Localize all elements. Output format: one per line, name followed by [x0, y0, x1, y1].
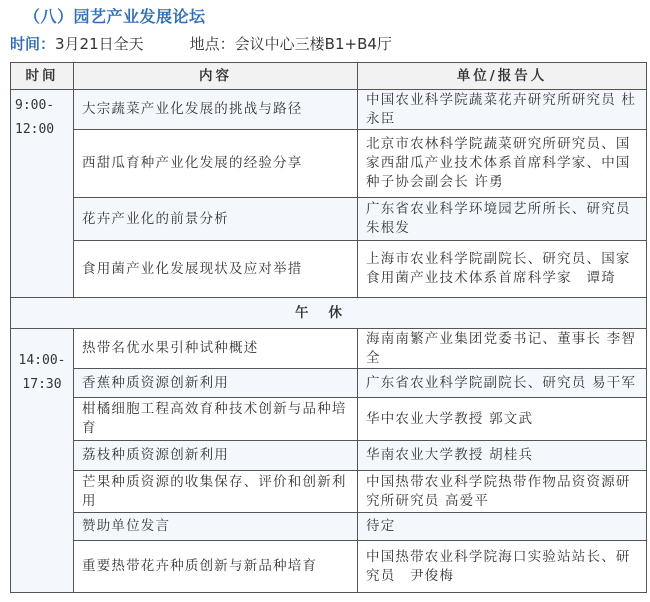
time-label: 时间： [10, 35, 55, 53]
table-row: 芒果种质资源的收集保存、评价和创新利用 中国热带农业科学院热带作物品资资源研究所… [11, 471, 647, 513]
topic-cell: 食用菌产业化发展现状及应对举措 [74, 241, 358, 298]
topic-cell: 荔枝种质资源创新利用 [74, 441, 358, 471]
table-row: 荔枝种质资源创新利用 华南农业大学教授 胡桂兵 [11, 441, 647, 471]
topic-cell: 热带名优水果引种试种概述 [74, 329, 358, 369]
header-time: 时间 [11, 63, 74, 90]
afternoon-time-end: 17:30 [15, 373, 69, 397]
table-row: 食用菌产业化发展现状及应对举措 上海市农业科学院副院长、研究员、国家食用菌产业技… [11, 241, 647, 298]
morning-time-cell: 9:00- 12:00 [11, 90, 74, 298]
table-row: 9:00- 12:00 大宗蔬菜产业化发展的挑战与路径 中国农业科学院蔬菜花卉研… [11, 90, 647, 130]
table-row: 重要热带花卉种质创新与新品种培育 中国热带农业科学院海口实验站站长、研究员 尹俊… [11, 541, 647, 593]
header-speaker: 单位/报告人 [358, 63, 647, 90]
table-header-row: 时间 内容 单位/报告人 [11, 63, 647, 90]
topic-cell: 大宗蔬菜产业化发展的挑战与路径 [74, 90, 358, 130]
speaker-cell: 中国热带农业科学院热带作物品资资源研究所研究员 高爱平 [358, 471, 647, 513]
location-label: 地点： [190, 35, 235, 53]
lunch-break: 午休 [11, 298, 647, 329]
topic-cell: 柑橘细胞工程高效育种技术创新与品种培育 [74, 398, 358, 441]
topic-cell: 重要热带花卉种质创新与新品种培育 [74, 541, 358, 593]
speaker-cell: 广东省农业科学环境园艺所所长、研究员 朱根发 [358, 198, 647, 241]
schedule-table: 时间 内容 单位/报告人 9:00- 12:00 大宗蔬菜产业化发展的挑战与路径… [10, 62, 647, 593]
topic-cell: 赞助单位发言 [74, 513, 358, 541]
topic-cell: 西甜瓜育种产业化发展的经验分享 [74, 130, 358, 198]
speaker-cell: 华中农业大学教授 郭文武 [358, 398, 647, 441]
topic-cell: 花卉产业化的前景分析 [74, 198, 358, 241]
topic-cell: 芒果种质资源的收集保存、评价和创新利用 [74, 471, 358, 513]
speaker-cell: 待定 [358, 513, 647, 541]
morning-time-end: 12:00 [15, 118, 69, 142]
morning-time-start: 9:00- [15, 94, 69, 118]
speaker-cell: 广东省农业科学院副院长、研究员 易干军 [358, 369, 647, 398]
table-row: 赞助单位发言 待定 [11, 513, 647, 541]
meta-line: 时间：3月21日全天地点：会议中心三楼B1+B4厅 [10, 33, 392, 54]
time-value: 3月21日全天 [55, 35, 144, 53]
location-value: 会议中心三楼B1+B4厅 [235, 35, 392, 53]
table-row: 花卉产业化的前景分析 广东省农业科学环境园艺所所长、研究员 朱根发 [11, 198, 647, 241]
table-row: 西甜瓜育种产业化发展的经验分享 北京市农林科学院蔬菜研究所研究员、国家西甜瓜产业… [11, 130, 647, 198]
afternoon-time-start: 14:00- [15, 349, 69, 373]
forum-title: （八）园艺产业发展论坛 [24, 4, 206, 27]
table-row: 14:00- 17:30 热带名优水果引种试种概述 海南南繁产业集团党委书记、董… [11, 329, 647, 369]
table-row: 柑橘细胞工程高效育种技术创新与品种培育 华中农业大学教授 郭文武 [11, 398, 647, 441]
header-content: 内容 [74, 63, 358, 90]
speaker-cell: 中国热带农业科学院海口实验站站长、研究员 尹俊梅 [358, 541, 647, 593]
speaker-cell: 上海市农业科学院副院长、研究员、国家食用菌产业技术体系首席科学家 谭琦 [358, 241, 647, 298]
speaker-cell: 海南南繁产业集团党委书记、董事长 李智全 [358, 329, 647, 369]
speaker-cell: 中国农业科学院蔬菜花卉研究所研究员 杜永臣 [358, 90, 647, 130]
lunch-row: 午休 [11, 298, 647, 329]
topic-cell: 香蕉种质资源创新利用 [74, 369, 358, 398]
table-row: 香蕉种质资源创新利用 广东省农业科学院副院长、研究员 易干军 [11, 369, 647, 398]
speaker-cell: 北京市农林科学院蔬菜研究所研究员、国家西甜瓜产业技术体系首席科学家、中国种子协会… [358, 130, 647, 198]
afternoon-time-cell: 14:00- 17:30 [11, 329, 74, 593]
speaker-cell: 华南农业大学教授 胡桂兵 [358, 441, 647, 471]
